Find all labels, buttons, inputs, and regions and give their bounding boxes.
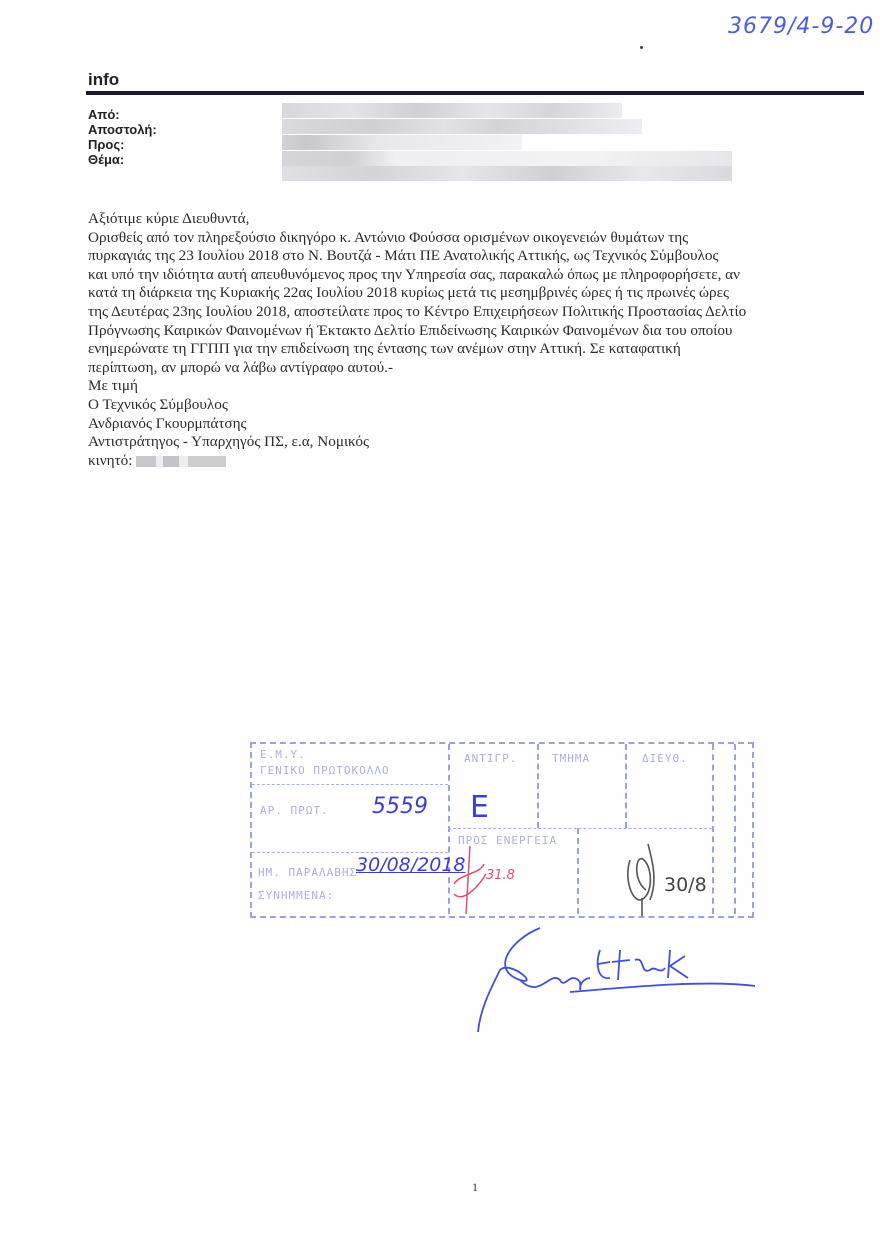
letter-line: της Δευτέρας 23ης Ιουλίου 2018, αποστείλ… <box>88 303 868 322</box>
stamp-org-1: Ε.Μ.Υ. <box>260 748 306 761</box>
red-initials-date: 31.8 <box>486 868 515 883</box>
classification-letter: Ε <box>470 790 489 825</box>
letter-line: Ορισθείς από τον πληρεξούσιο δικηγόρο κ.… <box>88 229 868 248</box>
page-number: 1 <box>472 1180 478 1195</box>
closing: Με τιμή <box>88 377 868 396</box>
protocol-number: 5559 <box>372 794 428 819</box>
scan-speck <box>640 46 643 49</box>
stamp-attachments-label: ΣΥΝΗΜΜΕΝΑ: <box>258 889 334 902</box>
letter-line: ενημερώνατε τη ΓΓΠΠ για την επιδείνωση τ… <box>88 340 868 359</box>
from-label: Από: <box>88 107 157 122</box>
stamp-col-directorate: ΔΙΕΥΘ. <box>642 752 688 765</box>
salutation: Αξιότιμε κύριε Διευθυντά, <box>88 210 868 229</box>
to-label: Προς: <box>88 137 157 152</box>
redacted-to-2 <box>282 151 732 166</box>
stamp-col-copy: ΑΝΤΙΓΡ. <box>464 752 517 765</box>
subject-label: Θέμα: <box>88 152 157 167</box>
red-initials-icon <box>450 844 490 916</box>
sent-label: Αποστολή: <box>88 122 157 137</box>
stamp-divider <box>734 744 736 914</box>
registry-stamp: Ε.Μ.Υ. ΓΕΝΙΚΟ ΠΡΩΤΟΚΟΛΛΟ ΑΝΤΙΓΡ. ΤΜΗΜΑ Δ… <box>250 742 754 918</box>
header-label: info <box>88 70 119 90</box>
stamp-divider <box>577 828 579 914</box>
redacted-subject <box>282 166 732 181</box>
letter-line: Πρόγνωσης Καιρικών Φαινομένων ή Έκτακτο … <box>88 322 868 341</box>
stamp-divider <box>252 784 448 785</box>
stamp-divider <box>537 744 539 828</box>
handwritten-reference-number: 3679/4-9-20 <box>728 14 874 39</box>
stamp-divider <box>625 744 627 828</box>
stamp-divider <box>252 852 448 853</box>
header-divider <box>86 91 864 95</box>
redacted-from <box>282 103 622 118</box>
letter-line: πυρκαγιάς της 23 Ιουλίου 2018 στο Ν. Βου… <box>88 247 868 266</box>
stamp-protocol-label: ΑΡ. ΠΡΩΤ. <box>260 804 329 817</box>
redacted-meta-values <box>282 103 732 181</box>
email-meta-labels: Από: Αποστολή: Προς: Θέμα: <box>88 107 157 167</box>
stamp-org-2: ΓΕΝΙΚΟ ΠΡΩΤΟΚΟΛΛΟ <box>260 764 390 777</box>
signatory-title: Ο Τεχνικός Σύμβουλος <box>88 396 868 415</box>
stamp-col-department: ΤΜΗΜΑ <box>552 752 590 765</box>
letter-line: και υπό την ιδιότητα αυτή απευθυνόμενος … <box>88 266 868 285</box>
dark-initials-date: 30/8 <box>664 874 707 896</box>
letter-body: Αξιότιμε κύριε Διευθυντά, Ορισθείς από τ… <box>88 210 868 470</box>
handwritten-signature: Στυρ Ετ.Ζμκ <box>470 920 760 1035</box>
stamp-divider <box>448 828 712 829</box>
dark-signature-icon <box>622 840 662 918</box>
letter-line: περίπτωση, αν μπορώ να λάβω αντίγραφο αυ… <box>88 359 868 378</box>
redacted-to <box>282 135 522 150</box>
redacted-phone <box>136 456 226 467</box>
signatory-rank: Αντιστράτηγος - Υπαρχηγός ΠΣ, ε.α, Νομικ… <box>88 433 868 452</box>
stamp-divider <box>712 744 714 914</box>
stamp-date-label: ΗΜ. ΠΑΡΑΛΑΒΗΣ <box>258 866 357 879</box>
phone-label: κινητό: <box>88 452 132 469</box>
redacted-sent <box>282 119 642 134</box>
letter-line: κατά τη διάρκεια της Κυριακής 22ας Ιουλί… <box>88 284 868 303</box>
signature-icon <box>470 920 760 1035</box>
signatory-name: Ανδριανός Γκουρμπάτσης <box>88 415 868 434</box>
phone-line: κινητό: <box>88 452 868 471</box>
